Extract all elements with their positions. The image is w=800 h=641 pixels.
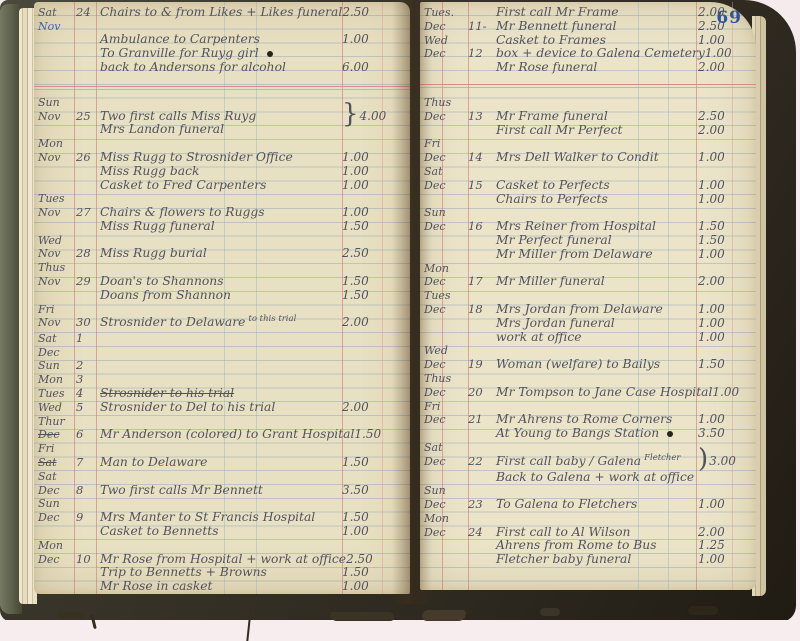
entry-amount: 1.00 (698, 151, 725, 165)
amount-cell: 2.00 (698, 61, 754, 75)
entry-text: Mr Bennett funeral (496, 19, 616, 33)
entry-text: box + device to Galena Cemetery (496, 46, 705, 60)
day-of-week-label: Sun (424, 206, 468, 220)
entry-text-cell: Mr Frame funeral (494, 110, 698, 124)
ledger-row: SatDec1 (36, 332, 408, 359)
entry-text: At Young to Bangs Station (496, 426, 659, 440)
entry-text: Mrs Dell Walker to Condit (496, 150, 659, 164)
entry-amount: 1.00 (698, 498, 725, 512)
day-of-week-label: Fri (38, 303, 76, 317)
month-label: Dec (424, 303, 468, 317)
entry-text: Ahrens from Rome to Bus (496, 538, 657, 552)
day-column: Sat (422, 441, 468, 455)
ledger-row: Dec17Mr Miller funeral2.00 (422, 275, 754, 289)
entry-amount: 1.50 (342, 566, 369, 580)
ledger-row: Thus (36, 261, 408, 275)
ledger-row: Mr Perfect funeral1.50 (422, 234, 754, 248)
entry-text-cell: Mr Tompson to Jane Case Hospital (494, 386, 712, 400)
entry-text-cell: Doans from Shannon (98, 289, 342, 303)
entry-text: Two first calls Miss Ruyg (100, 109, 256, 123)
month-label: Nov (38, 20, 76, 34)
ledger-row: Mon (422, 512, 754, 526)
date-label: 23 (468, 498, 494, 512)
month-label: Dec (424, 526, 468, 540)
day-column: Thus (36, 261, 76, 275)
ledger-row: Mr Miller from Delaware1.00 (422, 248, 754, 262)
ledger-row: Ambulance to Carpenters1.00 (36, 33, 408, 47)
entry-text-cell: First call Mr Frame (494, 6, 698, 20)
amount-cell: 1.00 (698, 413, 754, 427)
month-label: Nov (38, 151, 76, 165)
ledger-row: Nov27Chairs & flowers to Ruggs1.00 (36, 206, 408, 220)
entry-text-cell: Casket to Bennetts (98, 525, 342, 539)
day-column: Sat (36, 470, 76, 484)
frayed-thread (330, 612, 394, 621)
entry-text: work at office (496, 330, 582, 344)
entry-amount: 2.00 (342, 401, 369, 415)
entry-text: Miss Rugg back (100, 164, 199, 178)
ledger-row: Dec23To Galena to Fletchers1.00 (422, 498, 754, 512)
entry-text-cell: Mr Miller funeral (494, 275, 698, 289)
entry-text: back to Andersons for alcohol (100, 60, 286, 74)
ledger-row: SatNov24Chairs to & from Likes + Likes f… (36, 6, 408, 33)
day-column: Dec (422, 151, 468, 165)
entry-text-cell: First call baby / GalenaFletcher (494, 455, 698, 471)
ledger-row: Fri (36, 442, 408, 456)
amount-cell: 2.00 (698, 526, 754, 540)
day-column: Dec (422, 455, 468, 469)
ledger-row: Mrs Jordan funeral1.00 (422, 317, 754, 331)
entry-text: Casket to Fred Carpenters (100, 178, 266, 192)
day-of-week-label: Tues (38, 387, 76, 401)
day-of-week-label: Wed (424, 34, 468, 48)
ledger-row: Dec15Casket to Perfects1.00 (422, 179, 754, 193)
date-label: 27 (76, 206, 98, 220)
entry-text-cell: work at office (494, 331, 698, 345)
amount-cell: 2.50 (346, 553, 412, 567)
entry-amount: 1.00 (342, 206, 369, 220)
entry-amount: 3.50 (698, 427, 725, 441)
entry-text: Casket to Bennetts (100, 524, 219, 538)
ledger-row: Wed (36, 234, 408, 248)
entry-text-cell: Man to Delaware (98, 456, 342, 470)
date-label: 10 (76, 553, 98, 567)
day-column: Wed (422, 344, 468, 358)
ledger-row: Dec19Woman (welfare) to Bailys1.50 (422, 358, 754, 372)
entry-text: Chairs to & from Likes + Likes funeral (100, 5, 342, 19)
entry-text: Mrs Landon funeral (100, 122, 224, 136)
entry-amount: 2.50 (342, 6, 369, 20)
entry-amount: 1.50 (698, 234, 725, 248)
entry-amount: 2.50 (698, 20, 725, 34)
entry-amount: 2.00 (698, 275, 725, 289)
ledger-row: At Young to Bangs Station3.50 (422, 427, 754, 441)
amount-cell: 1.00 (698, 498, 754, 512)
day-column: Dec (422, 220, 468, 234)
entry-text-cell: Miss Rugg funeral (98, 220, 342, 234)
date-label: 22 (468, 455, 494, 469)
day-of-week-label: Sun (38, 96, 76, 110)
ledger-row: Sat7Man to Delaware1.50 (36, 456, 408, 470)
day-column: Fri (36, 303, 76, 317)
right-page-entries: Tues.First call Mr Frame2.00Dec11-Mr Ben… (422, 6, 754, 590)
entry-amount: 1.25 (698, 539, 725, 553)
entry-text-cell: Casket to Frames (494, 34, 698, 48)
amount-cell: 1.50 (342, 511, 408, 525)
scanned-ledger-scene: SatNov24Chairs to & from Likes + Likes f… (0, 0, 800, 641)
entry-text-cell: Trip to Bennetts + Browns (98, 566, 342, 580)
ledger-row: Dec16Mrs Reiner from Hospital1.50 (422, 220, 754, 234)
day-column: Thur (36, 415, 76, 429)
day-column: Tues (36, 387, 76, 401)
day-column: Mon (36, 137, 76, 151)
entry-text: Miss Rugg funeral (100, 219, 215, 233)
day-column: Sat (36, 456, 76, 470)
ledger-row: Sun (36, 497, 408, 511)
ledger-row: Dec24First call to Al Wilson2.00 (422, 526, 754, 540)
month-label: Dec (38, 346, 76, 360)
ledger-row: Nov28Miss Rugg burial2.50 (36, 247, 408, 261)
entry-text: First call baby / Galena (496, 454, 641, 468)
entry-text: Strosnider to Del to his trial (100, 400, 275, 414)
entry-text: Chairs & flowers to Ruggs (100, 205, 265, 219)
entry-text-cell: Mrs Jordan from Delaware (494, 303, 698, 317)
amount-cell: 2.50 (698, 20, 754, 34)
ledger-row: Thur (36, 415, 408, 429)
date-label: 5 (76, 401, 98, 415)
day-column: Sun (36, 497, 76, 511)
entry-text-cell: To Granville for Ruyg girl (98, 47, 342, 61)
amount-cell: 1.00 (698, 151, 754, 165)
month-label: Dec (424, 358, 468, 372)
day-column: Dec (422, 47, 468, 61)
ledger-row: back to Andersons for alcohol6.00 (36, 61, 408, 75)
entry-text: First call Mr Frame (496, 5, 619, 19)
day-of-week-label: Sat (38, 332, 76, 346)
frayed-thread (688, 606, 718, 615)
amount-cell: 1.50 (342, 456, 408, 470)
day-of-week-label: Fri (38, 442, 76, 456)
date-label: 3 (76, 373, 98, 387)
entry-text: Mr Miller from Delaware (496, 247, 653, 261)
entry-text: Two first calls Mr Bennett (100, 483, 263, 497)
date-label: 12 (468, 47, 494, 61)
date-label: 1 (76, 332, 98, 346)
amount-cell: }4.00 (342, 110, 408, 124)
day-of-week-label: Sun (424, 484, 468, 498)
entry-text: Mr Frame funeral (496, 109, 608, 123)
date-label: 29 (76, 275, 98, 289)
day-column: Tues (36, 192, 76, 206)
entry-text-cell: Chairs to Perfects (494, 193, 698, 207)
date-label: 30 (76, 316, 98, 330)
day-of-week-label: Wed (38, 234, 76, 248)
day-of-week-label: Sat (38, 6, 76, 20)
amount-cell: 1.50 (342, 289, 408, 303)
ledger-row: Dec22First call baby / GalenaFletcher)3.… (422, 455, 754, 471)
entry-text-cell: Mr Bennett funeral (494, 20, 698, 34)
day-column: SatDec (36, 332, 76, 360)
day-column: Nov (36, 316, 76, 330)
entry-amount: 1.50 (698, 358, 725, 372)
frayed-thread (58, 612, 84, 619)
ledger-row: Nov26Miss Rugg to Strosnider Office1.00 (36, 151, 408, 165)
brace-mark: ) (698, 453, 708, 467)
ledger-row: Mr Rose funeral2.00 (422, 61, 754, 75)
entry-text-cell: box + device to Galena Cemetery (494, 47, 705, 61)
entry-amount: 2.50 (346, 553, 373, 567)
day-of-week-label: Tues (38, 192, 76, 206)
entry-text: First call to Al Wilson (496, 525, 630, 539)
day-column: Dec (422, 110, 468, 124)
amount-cell: 1.00 (342, 206, 408, 220)
entry-text-cell: Mrs Jordan funeral (494, 317, 698, 331)
date-label: 14 (468, 151, 494, 165)
entry-amount: 1.00 (698, 34, 725, 48)
amount-cell: 3.50 (342, 484, 408, 498)
amount-cell: 1.00 (342, 33, 408, 47)
scan-background (0, 620, 800, 641)
amount-cell: 2.00 (698, 6, 754, 20)
entry-amount: 1.00 (712, 386, 739, 400)
day-column: Dec (422, 275, 468, 289)
day-column: Dec (422, 179, 468, 193)
entry-text: Woman (welfare) to Bailys (496, 357, 660, 371)
date-label: 20 (468, 386, 494, 400)
day-column: SatNov (36, 6, 76, 34)
ledger-row: Dec21Mr Ahrens to Rome Corners1.00 (422, 413, 754, 427)
entry-amount: 4.00 (360, 110, 387, 124)
ledger-row: Trip to Bennetts + Browns1.50 (36, 566, 408, 580)
ledger-row: work at office1.00 (422, 331, 754, 345)
entry-text: Miss Rugg burial (100, 246, 207, 260)
day-column: Dec (36, 511, 76, 525)
month-label: Nov (38, 110, 76, 124)
entry-text-cell: Strosnider to Delawareto this trial (98, 316, 342, 332)
day-of-week-label: Thus (424, 372, 468, 386)
entry-amount: 3.00 (709, 455, 736, 469)
amount-cell: 1.50 (342, 566, 408, 580)
entry-amount: 1.50 (342, 289, 369, 303)
day-column: Dec (422, 20, 468, 34)
entry-amount: 1.00 (705, 47, 732, 61)
ledger-row: Dec12box + device to Galena Cemetery1.00 (422, 47, 754, 61)
day-column: Sun (422, 206, 468, 220)
date-label: 15 (468, 179, 494, 193)
entry-text-cell: Mrs Manter to St Francis Hospital (98, 511, 342, 525)
entry-text-cell: Casket to Perfects (494, 179, 698, 193)
day-of-week-label: Thus (424, 96, 468, 110)
date-label: 4 (76, 387, 98, 401)
ledger-row: Mon (36, 137, 408, 151)
entry-text-cell: Ahrens from Rome to Bus (494, 539, 698, 553)
entry-text: Fletcher baby funeral (496, 552, 631, 566)
entry-text: Strosnider to Delaware (100, 315, 245, 329)
entry-amount: 1.00 (698, 413, 725, 427)
amount-cell: 2.50 (342, 6, 408, 20)
ledger-row: Tues4Strosnider to his trial (36, 387, 408, 401)
entry-amount: 2.00 (698, 124, 725, 138)
ledger-row: Ahrens from Rome to Bus1.25 (422, 539, 754, 553)
ledger-row: Nov29Doan's to Shannons1.50 (36, 275, 408, 289)
frayed-thread (540, 608, 560, 616)
amount-cell: 3.50 (698, 427, 754, 441)
entry-text: Doans from Shannon (100, 288, 231, 302)
day-of-week-label: Mon (424, 262, 468, 276)
entry-text-cell: Mr Anderson (colored) to Grant Hospital (98, 428, 354, 442)
brace-mark: } (342, 108, 359, 122)
entry-amount: 1.00 (698, 317, 725, 331)
amount-cell: 1.00 (698, 179, 754, 193)
date-label: 28 (76, 247, 98, 261)
entry-amount: 1.50 (342, 220, 369, 234)
entry-text-cell: Mrs Dell Walker to Condit (494, 151, 698, 165)
entry-amount: 1.50 (342, 275, 369, 289)
entry-amount: 1.50 (698, 220, 725, 234)
amount-cell: 1.00 (342, 165, 408, 179)
entry-text: Chairs to Perfects (496, 192, 608, 206)
date-label: 21 (468, 413, 494, 427)
ink-dot (667, 431, 673, 437)
entry-amount: 1.00 (342, 525, 369, 539)
entry-text: Mr Tompson to Jane Case Hospital (496, 385, 712, 399)
entry-text-cell: At Young to Bangs Station (494, 427, 698, 441)
entry-text-cell: Mr Miller from Delaware (494, 248, 698, 262)
left-page: SatNov24Chairs to & from Likes + Likes f… (34, 2, 410, 594)
entry-text-cell: To Galena to Fletchers (494, 498, 698, 512)
day-column: Nov (36, 151, 76, 165)
ledger-row: Casket to Bennetts1.00 (36, 525, 408, 539)
amount-cell: 1.00 (712, 386, 768, 400)
entry-text: Mrs Manter to St Francis Hospital (100, 510, 315, 524)
ledger-row: Thus (422, 96, 754, 110)
date-label: 19 (468, 358, 494, 372)
ledger-row: Dec11-Mr Bennett funeral2.50 (422, 20, 754, 34)
amount-cell: 1.50 (698, 234, 754, 248)
entry-text: First call Mr Perfect (496, 123, 622, 137)
entry-text-cell: Strosnider to Del to his trial (98, 401, 342, 415)
entry-amount: 1.00 (342, 580, 369, 594)
date-label: 13 (468, 110, 494, 124)
ledger-row: Doans from Shannon1.50 (36, 289, 408, 303)
ledger-row: Mon3 (36, 373, 408, 387)
amount-cell: 1.00 (698, 248, 754, 262)
day-of-week-label: Mon (38, 373, 76, 387)
day-column: Dec (422, 386, 468, 400)
right-page: 69 Tues.First call Mr Frame2.00Dec11-Mr … (420, 2, 756, 590)
entry-amount: 1.50 (342, 456, 369, 470)
entry-amount: 1.50 (342, 511, 369, 525)
day-of-week-label: Sun (38, 497, 76, 511)
entry-amount: 1.00 (698, 303, 725, 317)
day-of-week-label: Sat (424, 165, 468, 179)
ledger-row: Miss Rugg funeral1.50 (36, 220, 408, 234)
date-label: 16 (468, 220, 494, 234)
day-column: Nov (36, 247, 76, 261)
month-label: Dec (424, 151, 468, 165)
date-label: 17 (468, 275, 494, 289)
entry-text-cell: Miss Rugg burial (98, 247, 342, 261)
amount-cell: 1.00 (342, 151, 408, 165)
entry-text: To Granville for Ruyg girl (100, 46, 259, 60)
entry-text-cell: Two first calls Miss Ruyg (98, 110, 342, 124)
entry-amount: 1.00 (342, 165, 369, 179)
amount-cell: 2.00 (342, 316, 408, 330)
entry-text-cell: Woman (welfare) to Bailys (494, 358, 698, 372)
entry-text: Mr Miller funeral (496, 274, 605, 288)
month-label: Dec (424, 455, 468, 469)
entry-text-cell: Chairs to & from Likes + Likes funeral (98, 6, 342, 20)
ledger-row: First call Mr Perfect2.00 (422, 124, 754, 138)
day-column: Tues. (422, 6, 468, 20)
day-column: Dec (36, 428, 76, 442)
ledger-row: WedCasket to Frames1.00 (422, 34, 754, 48)
month-label: Nov (38, 316, 76, 330)
date-label: 6 (76, 428, 98, 442)
entry-amount: 1.00 (698, 179, 725, 193)
entry-amount: 1.50 (354, 428, 381, 442)
date-label: 25 (76, 110, 98, 124)
ledger-row: Sun (422, 484, 754, 498)
date-label: 9 (76, 511, 98, 525)
entry-text: Mr Anderson (colored) to Grant Hospital (100, 427, 354, 441)
entry-amount: 2.00 (698, 6, 725, 20)
entry-text-cell: Ambulance to Carpenters (98, 33, 342, 47)
day-column: Wed (36, 401, 76, 415)
month-label: Dec (424, 275, 468, 289)
month-label: Dec (424, 179, 468, 193)
date-label: 24 (76, 6, 98, 20)
date-label: 24 (468, 526, 494, 540)
entry-text-cell: Back to Galena + work at office (494, 471, 698, 485)
entry-text: Doan's to Shannons (100, 274, 224, 288)
entry-amount: 2.50 (698, 110, 725, 124)
entry-text: Mrs Jordan from Delaware (496, 302, 663, 316)
entry-text-cell: Strosnider to his trial (98, 387, 342, 401)
entry-text: Mr Rose funeral (496, 60, 597, 74)
amount-cell: 2.50 (342, 247, 408, 261)
month-label: Dec (424, 413, 468, 427)
entry-text: Strosnider to his trial (100, 386, 234, 400)
amount-cell: 1.25 (698, 539, 754, 553)
amount-cell: 1.00 (698, 317, 754, 331)
amount-cell: 1.50 (698, 220, 754, 234)
amount-cell: 1.50 (342, 220, 408, 234)
day-column: Sun (36, 96, 76, 110)
ledger-row: Dec18Mrs Jordan from Delaware1.00 (422, 303, 754, 317)
day-of-week-label: Tues. (424, 6, 468, 20)
entry-text: Mr Perfect funeral (496, 233, 612, 247)
ledger-row: Fletcher baby funeral1.00 (422, 553, 754, 567)
day-of-week-label: Fri (424, 137, 468, 151)
day-column: Thus (422, 372, 468, 386)
date-label: 26 (76, 151, 98, 165)
entry-text: Mrs Jordan funeral (496, 316, 615, 330)
date-label: 7 (76, 456, 98, 470)
month-label: Dec (424, 47, 468, 61)
amount-cell: 1.00 (698, 553, 754, 567)
entry-text-cell: First call Mr Perfect (494, 124, 698, 138)
ledger-row: Sat (36, 470, 408, 484)
amount-cell: 2.00 (698, 124, 754, 138)
amount-cell: 1.50 (354, 428, 420, 442)
day-of-week-label: Fri (424, 400, 468, 414)
day-of-week-label: Thus (38, 261, 76, 275)
day-column: Tues (422, 289, 468, 303)
month-label: Dec (38, 553, 76, 567)
day-column: Dec (422, 413, 468, 427)
day-column: Sun (36, 359, 76, 373)
